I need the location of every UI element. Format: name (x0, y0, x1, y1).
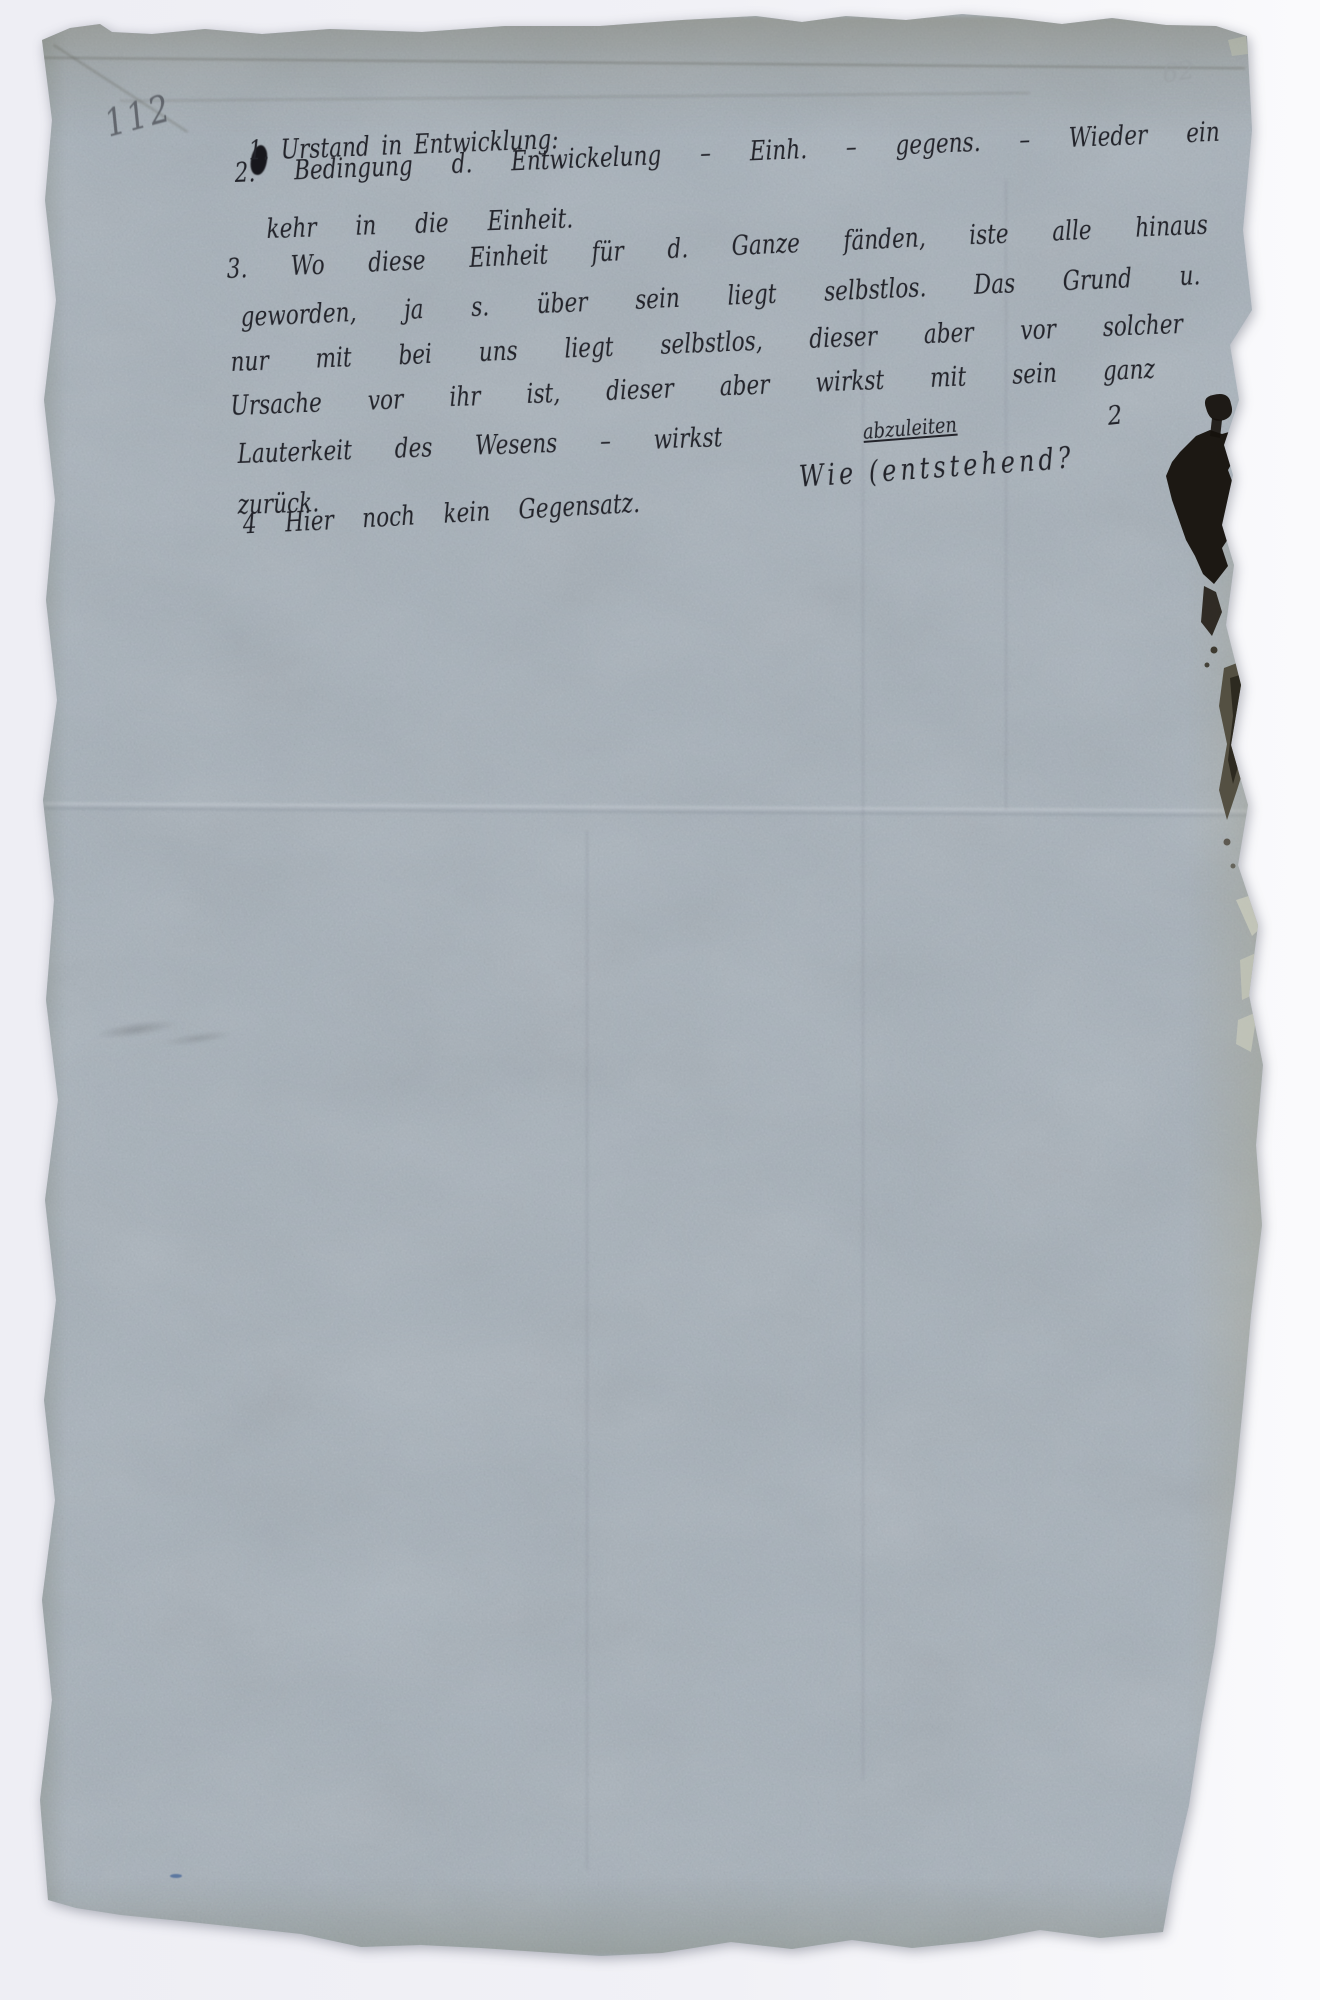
manuscript-sheet: 1. Urstand in Entwicklung: 2. Bedingung … (0, 0, 1320, 2000)
manuscript-sheet-wrapper: 1. Urstand in Entwicklung: 2. Bedingung … (0, 0, 1320, 2000)
scan-background: 1. Urstand in Entwicklung: 2. Bedingung … (0, 0, 1320, 2000)
ink-blot-graphic (0, 0, 1320, 2000)
